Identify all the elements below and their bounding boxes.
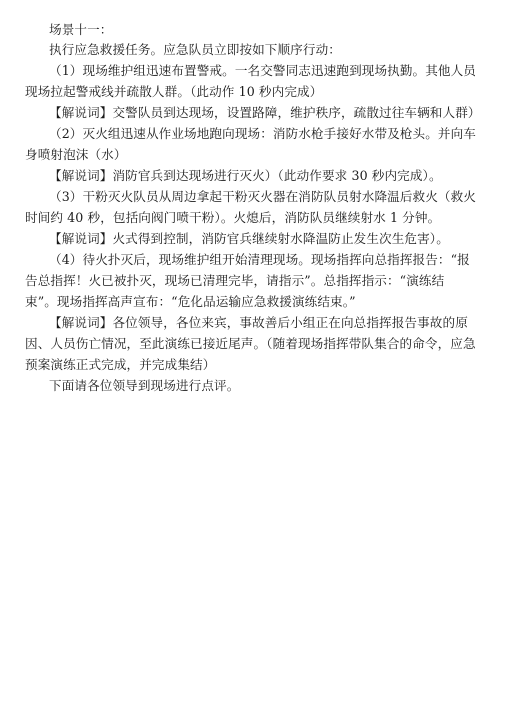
scene-intro: 执行应急救援任务。应急队员立即按如下顺序行动： — [49, 42, 341, 58]
step-3-line-2: 时间约 40 秒，包括向阀门喷干粉）。火熄后，消防队员继续射水 1 分钟。 — [25, 210, 440, 226]
narration-4-line-1: 【解说词】各位领导，各位来宾，事故善后小组正在向总指挥报告事故的原 — [49, 315, 468, 331]
step-1-line-1: （1）现场维护组迅速布置警戒。一名交警同志迅速跑到现场执勤。其他人员 — [49, 63, 476, 79]
step-2-line-1: （2）灭火组迅速从作业场地跑向现场：消防水枪手接好水带及枪头。并向车 — [49, 126, 476, 142]
step-2-line-2: 身喷射泡沫（水） — [25, 147, 127, 163]
narration-1: 【解说词】交警队员到达现场，设置路障，维护秩序，疏散过往车辆和人群） — [49, 105, 481, 121]
review-line: 下面请各位领导到现场进行点评。 — [49, 378, 239, 394]
narration-4-line-3: 预案演练正式完成，并完成集结） — [25, 357, 215, 373]
step-4-line-3: 束”。现场指挥高声宣布：“危化品运输应急救援演练结束。” — [25, 294, 356, 310]
narration-3: 【解说词】火式得到控制，消防官兵继续射水降温防止发生次生危害）。 — [49, 231, 449, 247]
step-4-line-2: 告总指挥！火已被扑灭，现场已清理完毕，请指示”。总指挥指示：“演练结 — [25, 273, 444, 289]
step-3-line-1: （3）干粉灭火队员从周边拿起干粉灭火器在消防队员射水降温后救火（救火 — [49, 189, 476, 205]
narration-4-line-2: 因、人员伤亡情况，至此演练已接近尾声。（随着现场指挥带队集合的命令，应急 — [25, 336, 476, 352]
step-4-line-1: （4）待火扑灭后，现场维护组开始清理现场。现场指挥向总指挥报告：“报 — [49, 252, 470, 268]
step-1-line-2: 现场拉起警戒线并疏散人群。（此动作 10 秒内完成） — [25, 84, 322, 100]
narration-2: 【解说词】消防官兵到达现场进行灭火）（此动作要求 30 秒内完成）。 — [49, 168, 442, 184]
scene-heading: 场景十一： — [49, 22, 112, 38]
